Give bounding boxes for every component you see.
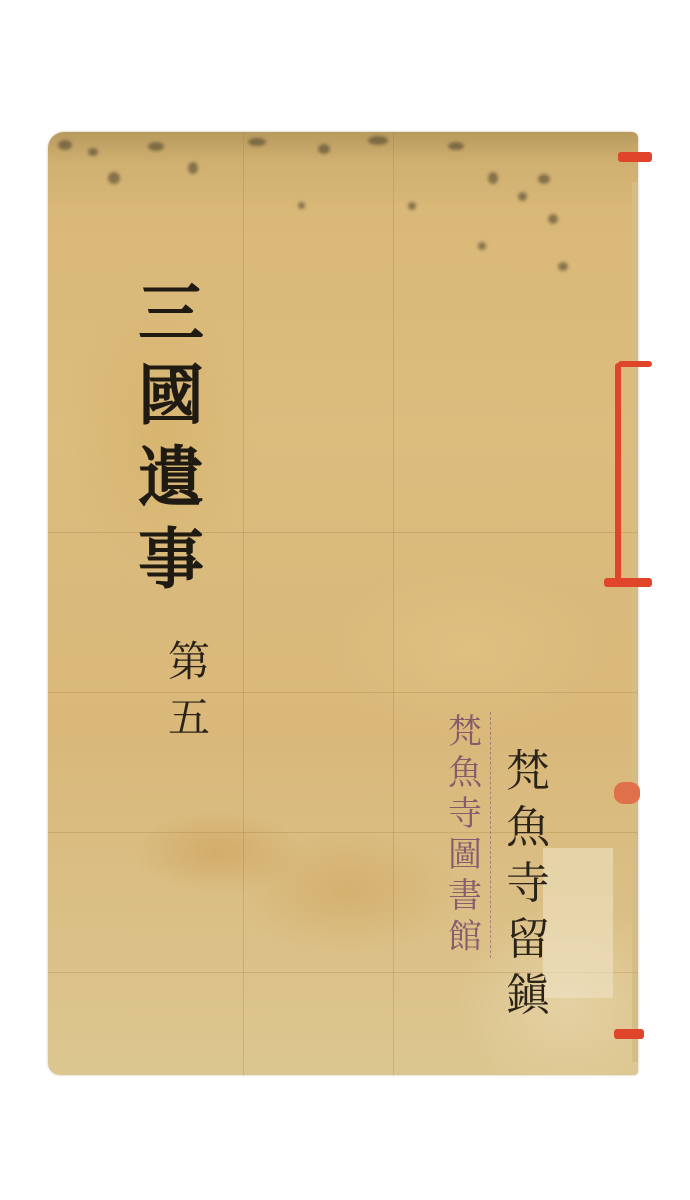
mold-spot — [548, 214, 558, 224]
owner-char: 梵 — [506, 744, 550, 800]
mold-spot — [298, 202, 305, 209]
book-title: 三 國 遺 事 — [136, 272, 206, 600]
book-cover: 三 國 遺 事 第 五 梵 魚 寺 圖 書 館 梵 魚 寺 留 鎭 — [48, 132, 638, 1075]
title-char: 事 — [138, 518, 204, 600]
crease — [48, 692, 638, 693]
stamp-char: 圖 — [448, 835, 482, 876]
stamp-char: 館 — [448, 917, 482, 958]
mold-spot — [558, 262, 568, 271]
volume-char: 第 — [168, 634, 210, 690]
title-char: 三 — [138, 272, 204, 354]
owner-char: 鎭 — [506, 968, 550, 1024]
mold-spot — [538, 174, 550, 184]
binding-thread-top — [618, 152, 652, 162]
mold-spot — [58, 140, 72, 150]
mold-spot — [318, 144, 330, 154]
binding-thread-lower-horizontal — [604, 578, 652, 587]
volume-char: 五 — [168, 690, 210, 746]
binding-thread-middle-knot — [614, 782, 640, 804]
stamp-char: 寺 — [448, 794, 482, 835]
mold-spot — [368, 136, 388, 145]
owner-char: 寺 — [506, 856, 550, 912]
mold-spot — [88, 148, 98, 156]
binding-thread-vertical — [615, 363, 621, 585]
title-char: 遺 — [138, 436, 204, 518]
mold-spot — [188, 162, 198, 174]
spine-edge — [632, 182, 638, 1062]
mold-spot — [518, 192, 527, 201]
owner-char: 留 — [506, 912, 550, 968]
owner-char: 魚 — [506, 800, 550, 856]
volume-number: 第 五 — [168, 634, 210, 746]
title-char: 國 — [138, 354, 204, 436]
stamp-char: 魚 — [448, 753, 482, 794]
mold-spot — [108, 172, 120, 184]
binding-thread-upper-horizontal — [618, 361, 652, 367]
crease — [393, 132, 394, 1075]
stamp-char: 梵 — [448, 712, 482, 753]
crease — [243, 132, 244, 1075]
mold-spot — [488, 172, 498, 184]
mold-spot — [448, 142, 464, 150]
mold-spot — [248, 138, 266, 146]
mold-spot — [148, 142, 164, 151]
stamp-char: 書 — [448, 876, 482, 917]
binding-thread-bottom-knot — [614, 1029, 644, 1039]
mold-spot — [408, 202, 416, 210]
mold-spot — [478, 242, 486, 250]
library-stamp: 梵 魚 寺 圖 書 館 — [444, 712, 491, 958]
owner-inscription: 梵 魚 寺 留 鎭 — [500, 744, 556, 1024]
